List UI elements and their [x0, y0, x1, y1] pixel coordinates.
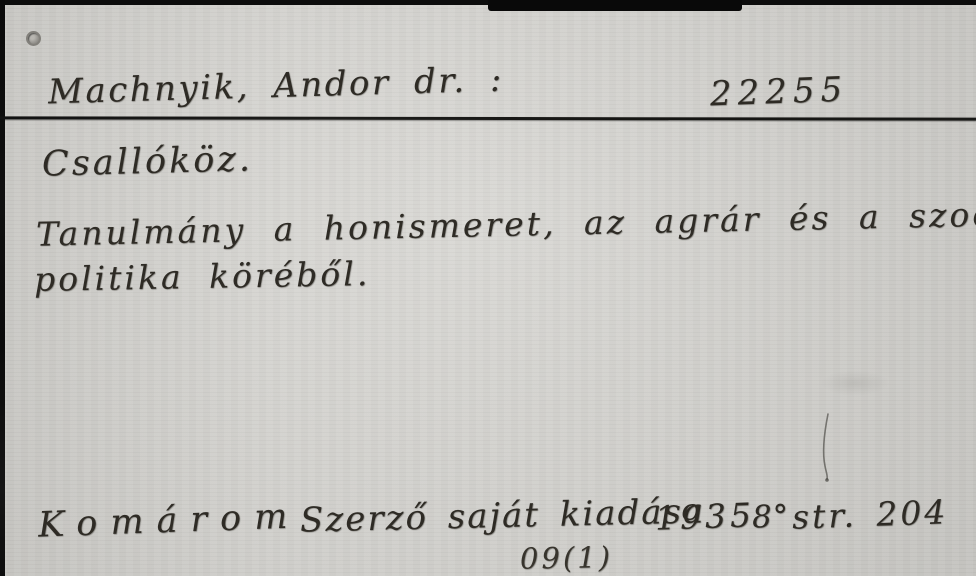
author-heading: Machnyik, Andor dr. :: [48, 60, 505, 113]
catalog-card-scan: Machnyik, Andor dr. : 22255 Csallóköz. T…: [0, 0, 976, 576]
imprint-year: 1935: [654, 495, 755, 537]
card-title: Csallóköz.: [42, 139, 254, 184]
ruled-line: [0, 116, 976, 120]
subtitle-line-2: politika köréből.: [34, 254, 371, 299]
scan-top-edge-thick-segment: [488, 0, 742, 11]
imprint-format: 8°: [751, 498, 789, 535]
classification-number: 09(1): [520, 540, 614, 576]
punch-hole-mark: [26, 31, 41, 46]
subtitle-line-1: Tanulmány a honismeret, az agrár és a sz…: [36, 193, 976, 253]
accession-number: 22255: [709, 70, 848, 115]
paper-smudge: [820, 370, 890, 396]
imprint-publisher: Szerző saját kiadása: [300, 491, 706, 540]
paper-crease-mark: [806, 400, 846, 490]
imprint-pages: str. 204: [791, 492, 949, 536]
imprint-place: Komárom: [37, 496, 301, 545]
scan-left-edge: [0, 0, 5, 576]
